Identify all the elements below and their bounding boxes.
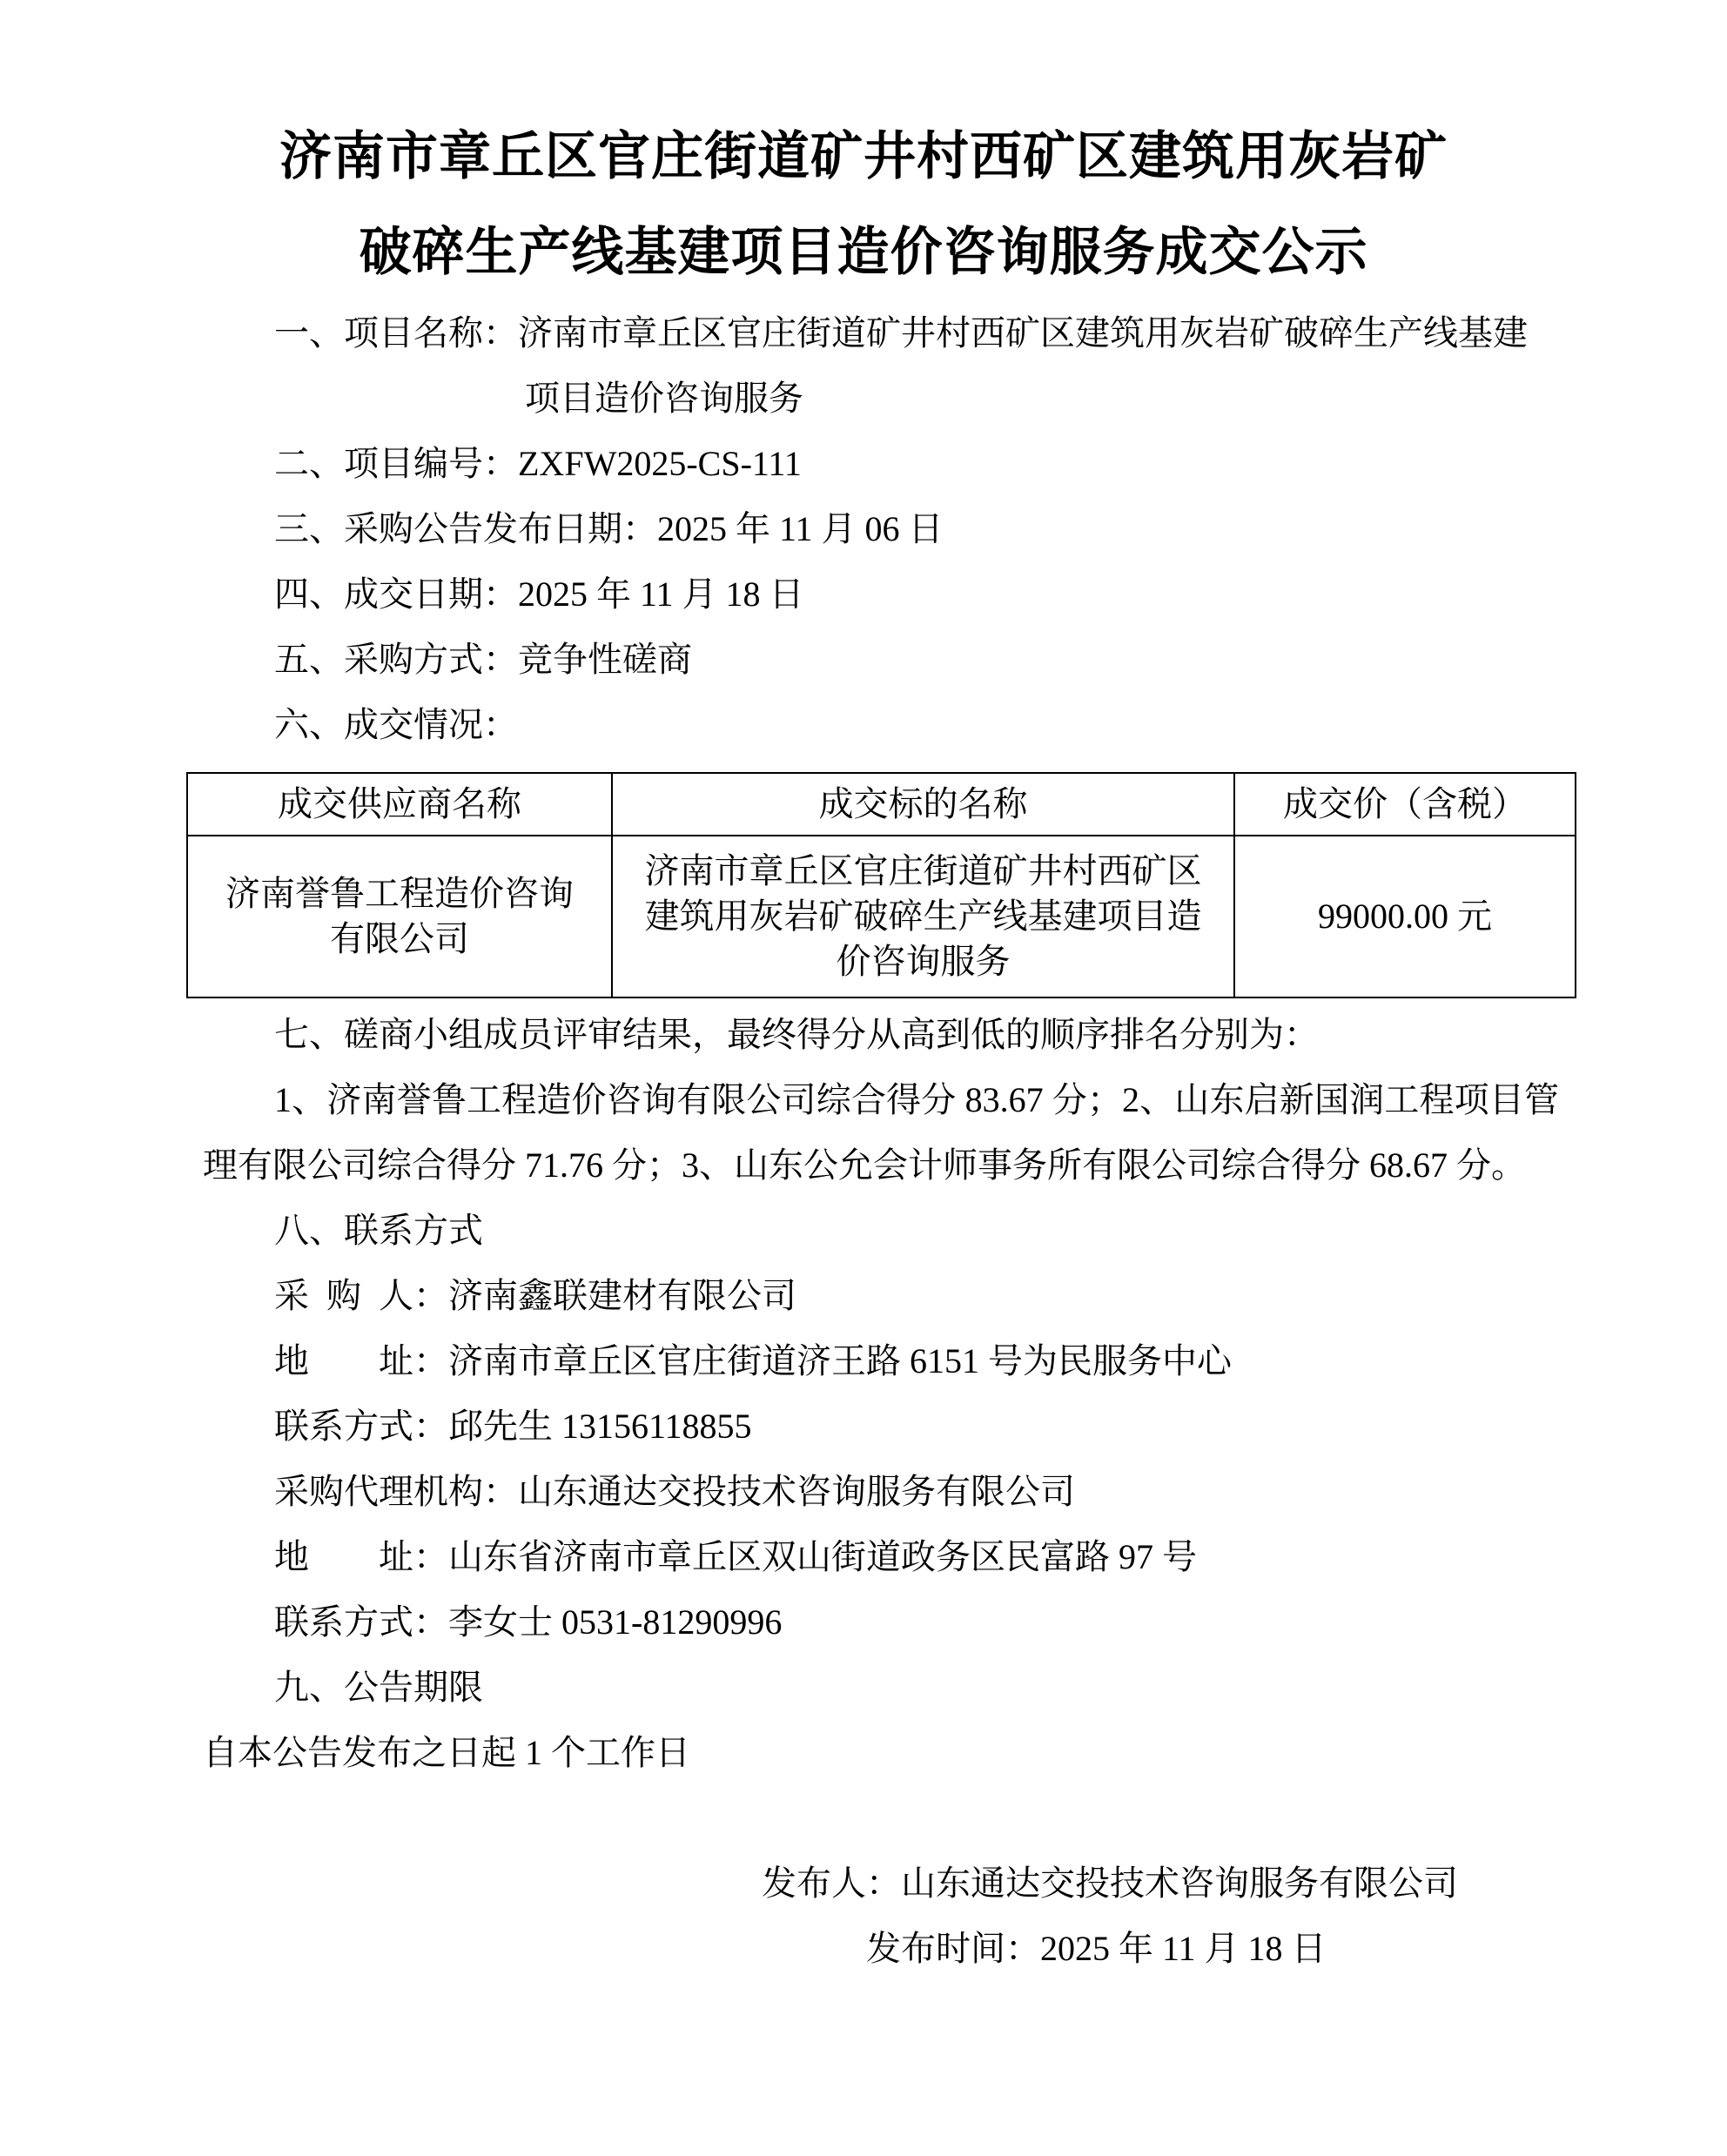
award-table-cell-price: 99000.00 元 <box>1234 836 1576 997</box>
item-award-info-heading: 六、成交情况： <box>203 692 1559 757</box>
buyer-address-line: 地 址：济南市章丘区官庄街道济王路 6151 号为民服务中心 <box>203 1328 1559 1394</box>
buyer-contact-line: 联系方式：邱先生 13156118855 <box>203 1394 1559 1459</box>
item-project-name: 一、项目名称：济南市章丘区官庄街道矿井村西矿区建筑用灰岩矿破碎生产线基建项目造价… <box>203 300 1559 431</box>
award-table-header-subject: 成交标的名称 <box>612 773 1234 836</box>
buyer-name-line: 采 购 人：济南鑫联建材有限公司 <box>203 1263 1559 1328</box>
item-review-result-heading: 七、磋商小组成员评审结果，最终得分从高到低的顺序排名分别为： <box>203 1002 1559 1067</box>
document-title: 济南市章丘区官庄街道矿井村西矿区建筑用灰岩矿 破碎生产线基建项目造价咨询服务成交… <box>0 0 1727 300</box>
agency-name-line: 采购代理机构：山东通达交投技术咨询服务有限公司 <box>203 1459 1559 1524</box>
agency-address-line: 地 址：山东省济南市章丘区双山街道政务区民富路 97 号 <box>203 1524 1559 1589</box>
review-result-detail: 1、济南誉鲁工程造价咨询有限公司综合得分 83.67 分；2、山东启新国润工程项… <box>203 1067 1559 1198</box>
award-table-cell-supplier: 济南誉鲁工程造价咨询有限公司 <box>187 836 612 997</box>
document-page: 济南市章丘区官庄街道矿井村西矿区建筑用灰岩矿 破碎生产线基建项目造价咨询服务成交… <box>0 0 1727 2156</box>
item-award-date: 四、成交日期：2025 年 11 月 18 日 <box>203 561 1559 627</box>
period-detail-line: 自本公告发布之日起 1 个工作日 <box>203 1720 1559 1785</box>
item-announcement-date: 三、采购公告发布日期：2025 年 11 月 06 日 <box>203 496 1559 561</box>
award-table-header-row: 成交供应商名称 成交标的名称 成交价（含税） <box>187 773 1576 836</box>
agency-contact-line: 联系方式：李女士 0531-81290996 <box>203 1589 1559 1655</box>
document-title-line1: 济南市章丘区官庄街道矿井村西矿区建筑用灰岩矿 <box>0 109 1727 205</box>
item-contact-heading: 八、联系方式 <box>203 1198 1559 1263</box>
award-table-cell-subject: 济南市章丘区官庄街道矿井村西矿区建筑用灰岩矿破碎生产线基建项目造价咨询服务 <box>612 836 1234 997</box>
item-procurement-method: 五、采购方式：竞争性磋商 <box>203 627 1559 692</box>
award-table-header-price: 成交价（含税） <box>1234 773 1576 836</box>
document-body: 一、项目名称：济南市章丘区官庄街道矿井村西矿区建筑用灰岩矿破碎生产线基建项目造价… <box>0 300 1727 1981</box>
item-project-number: 二、项目编号：ZXFW2025-CS-111 <box>203 431 1559 496</box>
publish-date-line: 发布时间：2025 年 11 月 18 日 <box>203 1916 1559 1981</box>
award-table-row: 济南誉鲁工程造价咨询有限公司 济南市章丘区官庄街道矿井村西矿区建筑用灰岩矿破碎生… <box>187 836 1576 997</box>
document-title-line2: 破碎生产线基建项目造价咨询服务成交公示 <box>0 205 1727 300</box>
publisher-line: 发布人：山东通达交投技术咨询服务有限公司 <box>203 1850 1559 1916</box>
item-period-heading: 九、公告期限 <box>203 1655 1559 1720</box>
award-table: 成交供应商名称 成交标的名称 成交价（含税） 济南誉鲁工程造价咨询有限公司 济南… <box>186 772 1576 998</box>
award-table-header-supplier: 成交供应商名称 <box>187 773 612 836</box>
